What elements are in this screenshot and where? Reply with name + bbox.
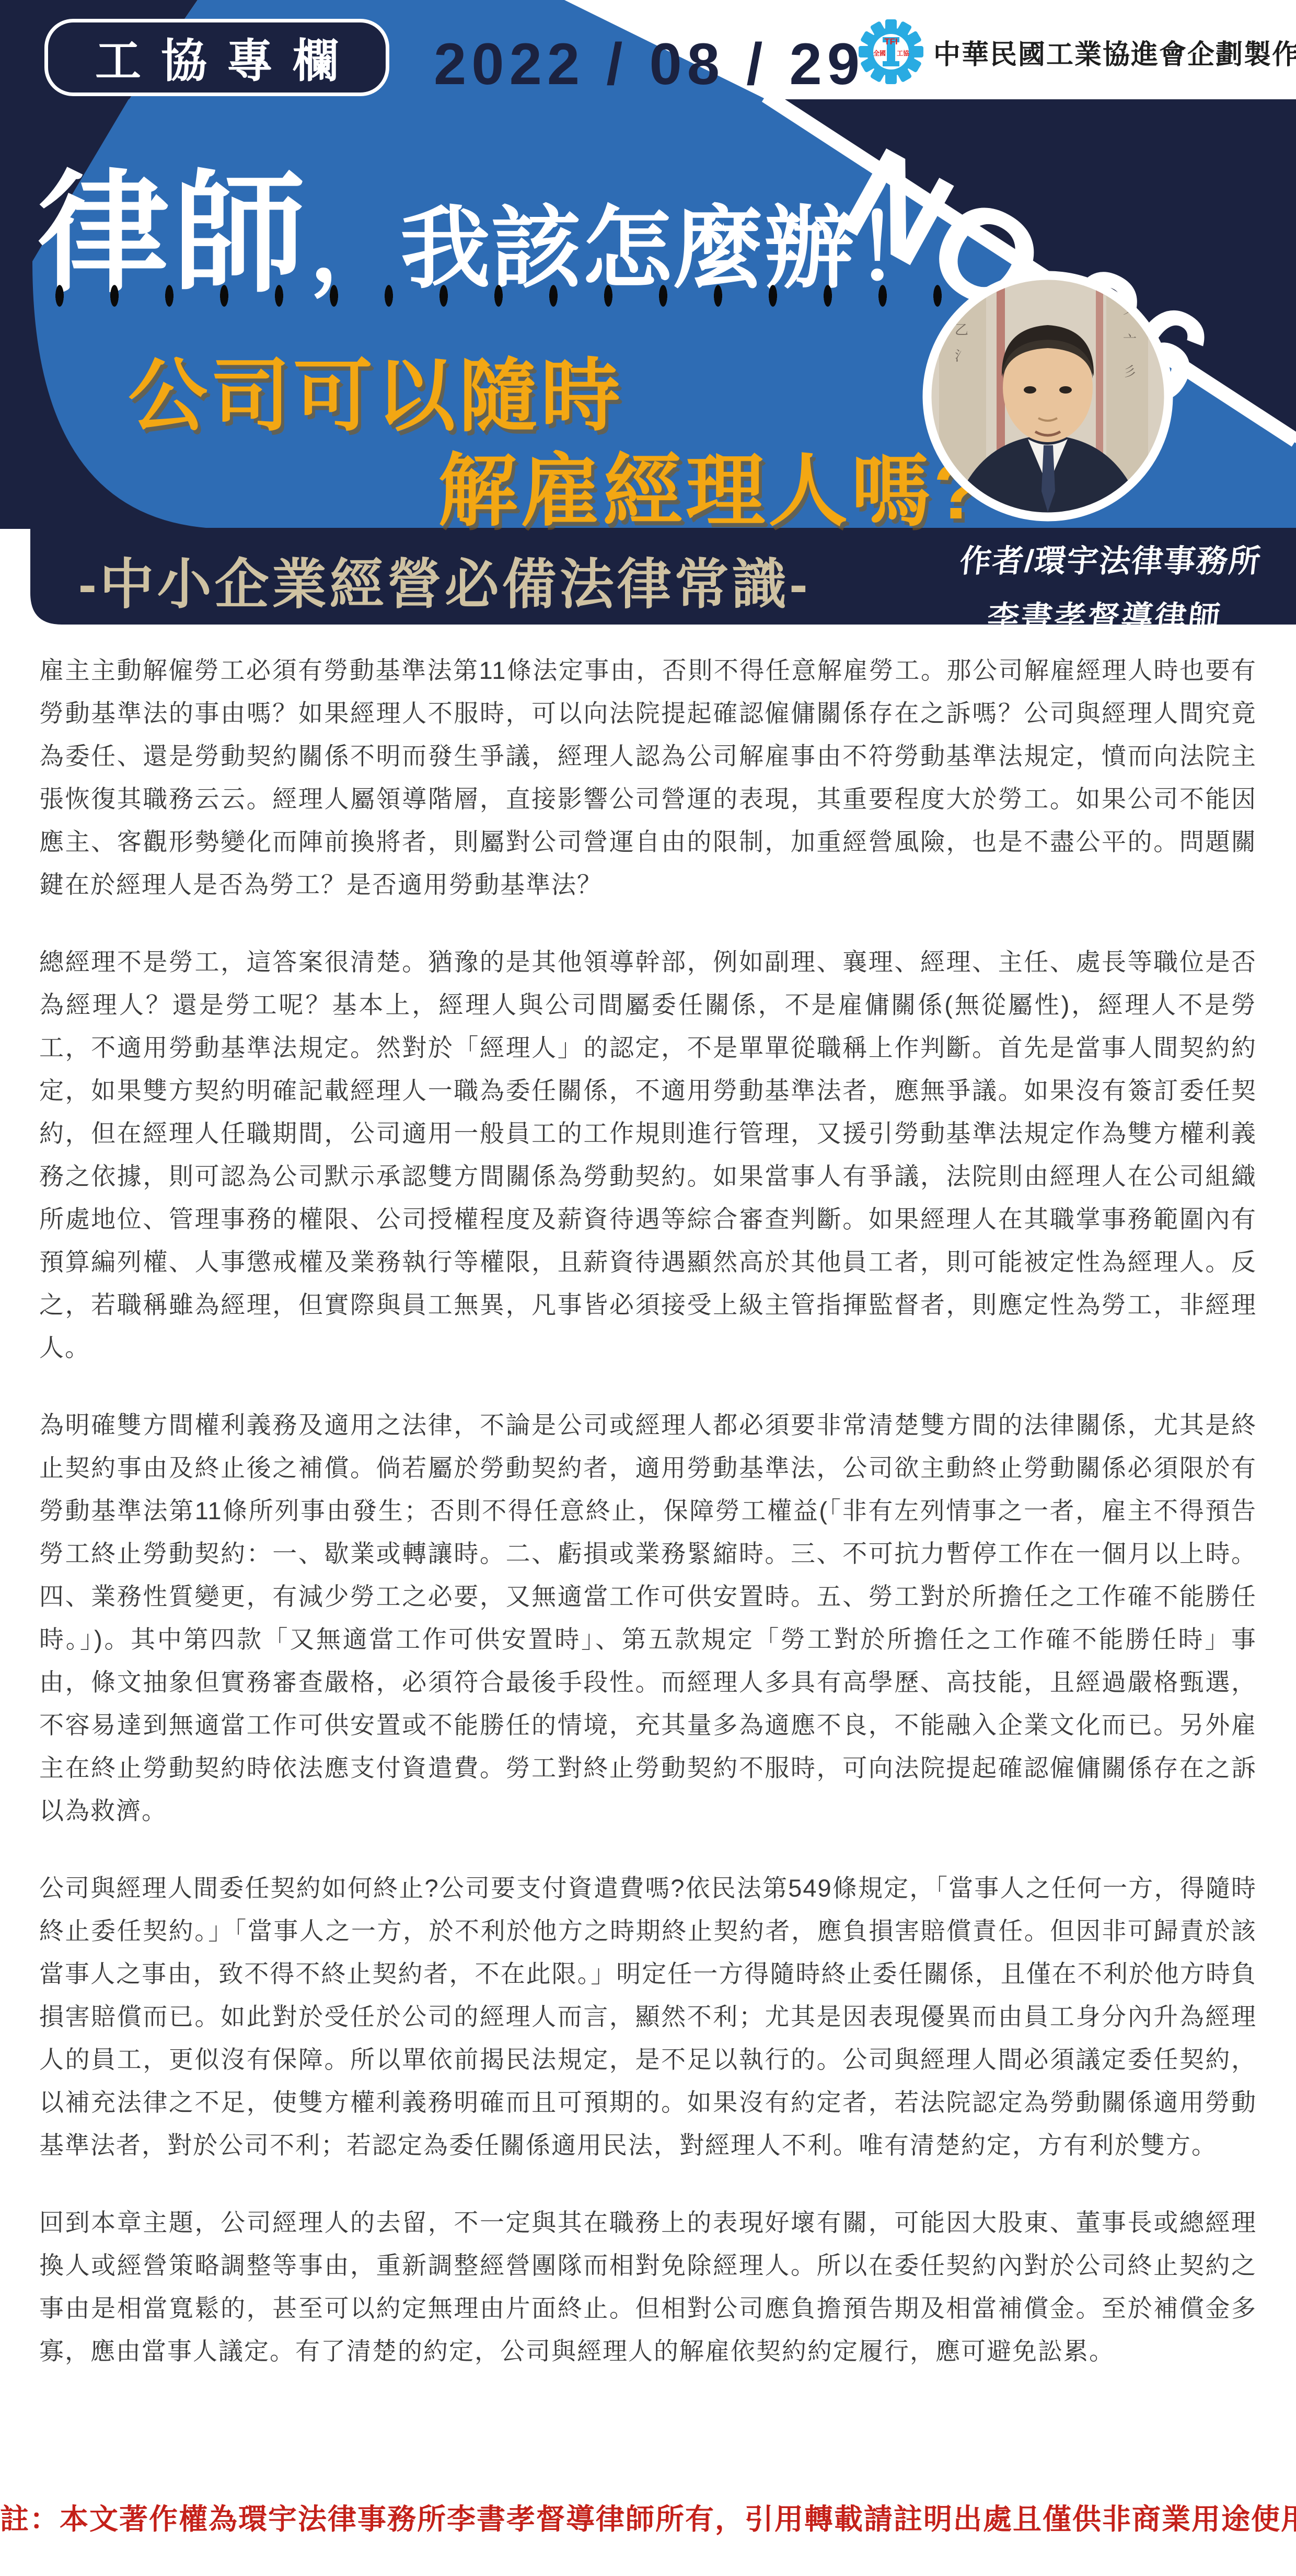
author-block: 作者/環宇法律事務所 李書孝督導律師 [941, 536, 1275, 638]
article-paragraph: 雇主主動解僱勞工必須有勞動基準法第11條法定事由，否則不得任意解雇勞工。那公司解… [39, 649, 1257, 906]
org-row: TFI 全國 工協 中華民國工業協進會企劃製作 [858, 19, 1296, 85]
svg-text:彡: 彡 [1123, 364, 1137, 380]
author-portrait: 丶乙氵 乂亠彡 [918, 267, 1177, 526]
dots-divider [46, 282, 987, 309]
svg-text:氵: 氵 [955, 349, 968, 364]
poster-page: 工協專欄 2022 / 08 / 29 [0, 0, 1296, 2576]
column-badge-label: 工協專欄 [75, 25, 358, 90]
article-paragraph: 回到本章主題，公司經理人的去留，不一定與其在職務上的表現好壞有關，可能因大股東、… [39, 2201, 1257, 2373]
svg-text:亠: 亠 [1123, 333, 1137, 349]
logo-right-text: 工協 [897, 49, 910, 57]
issue-date: 2022 / 08 / 29 [434, 30, 865, 98]
org-name: 中華民國工業協進會企劃製作 [933, 32, 1296, 72]
topic-title-line2: 解雇經理人嗎? [438, 428, 985, 541]
article-paragraph: 公司與經理人間委任契約如何終止?公司要支付資遣費嗎?依民法第549條規定，「當事… [39, 1867, 1257, 2167]
column-badge: 工協專欄 [44, 19, 389, 96]
association-gear-logo-icon: TFI 全國 工協 [858, 19, 924, 85]
author-name: 李書孝督導律師 [941, 593, 1269, 638]
article-paragraph: 為明確雙方間權利義務及適用之法律，不論是公司或經理人都必須要非常清楚雙方間的法律… [39, 1404, 1257, 1832]
copyright-note: 註：本文著作權為環宇法律事務所李書孝督導律師所有，引用轉載請註明出處且僅供非商業… [0, 2496, 1296, 2537]
logo-left-text: 全國 [873, 49, 886, 57]
author-firm: 作者/環宇法律事務所 [946, 536, 1275, 581]
article-paragraph: 總經理不是勞工，這答案很清楚。猶豫的是其他領導幹部，例如副理、襄理、經理、主任、… [39, 941, 1257, 1369]
series-subtitle: -中小企業經營必備法律常識- [78, 540, 811, 619]
logo-tfi-text: TFI [884, 37, 898, 47]
article-body: 雇主主動解僱勞工必須有勞動基準法第11條法定事由，否則不得任意解雇勞工。那公司解… [39, 649, 1257, 2407]
svg-text:乙: 乙 [955, 322, 968, 338]
